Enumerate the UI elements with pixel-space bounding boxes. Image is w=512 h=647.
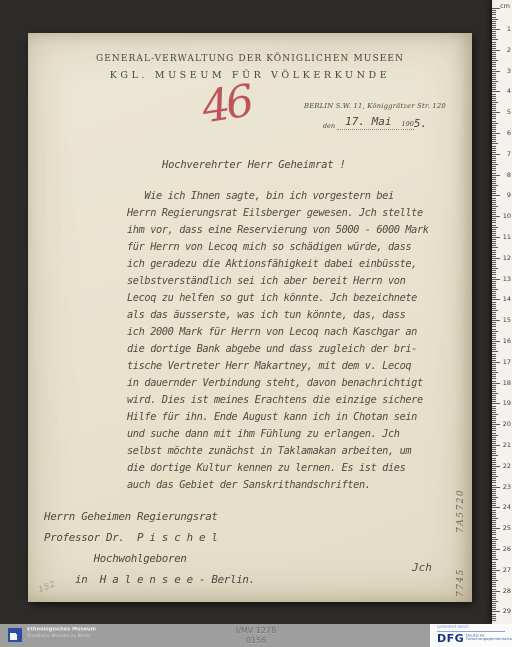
ruler-tick — [492, 289, 498, 290]
ruler-tick — [492, 534, 496, 535]
ruler-tick — [492, 139, 496, 140]
ruler-tick — [492, 326, 496, 327]
ruler-tick — [492, 570, 500, 571]
ruler-number: 20 — [503, 421, 511, 427]
ruler-tick — [492, 426, 496, 427]
ruler-tick — [492, 360, 496, 361]
ruler-tick — [492, 37, 496, 38]
ruler-tick — [492, 349, 496, 350]
ruler-tick — [492, 389, 496, 390]
text-line: als das äusserste, was ich tun könnte, d… — [127, 307, 467, 324]
ruler-tick — [492, 222, 496, 223]
ruler-tick — [492, 451, 496, 452]
ruler-tick — [492, 582, 496, 583]
ruler-tick — [492, 129, 496, 130]
ruler-tick — [492, 545, 496, 546]
ruler-tick — [492, 580, 498, 581]
ruler-tick — [492, 187, 496, 188]
ruler-tick — [492, 60, 498, 61]
ruler-tick — [492, 487, 500, 488]
ruler-tick — [492, 507, 500, 508]
ruler-tick — [492, 385, 496, 386]
ruler-tick — [492, 191, 496, 192]
ruler-number: 16 — [503, 338, 511, 344]
ruler-tick — [492, 443, 496, 444]
ruler-tick — [492, 520, 496, 521]
ruler-tick — [492, 48, 496, 49]
ruler-tick — [492, 374, 496, 375]
date-year-suffix: 5. — [414, 117, 427, 130]
ruler-tick — [492, 206, 498, 207]
ruler-tick — [492, 252, 496, 253]
ruler-tick — [492, 480, 496, 481]
ruler-tick — [492, 233, 496, 234]
ruler-tick — [492, 420, 496, 421]
text-line: tische Vertreter Herr Makartney, mit dem… — [127, 358, 467, 375]
ruler-tick — [492, 358, 496, 359]
ruler-number: 29 — [503, 608, 511, 614]
ruler-tick — [492, 50, 500, 51]
ruler-tick — [492, 412, 496, 413]
ruler-tick — [492, 460, 496, 461]
ruler-number: 8 — [507, 172, 511, 178]
ruler-tick — [492, 449, 496, 450]
text-line: ich geradezu die Aktionsfähigkeit dabei … — [127, 256, 467, 273]
ruler-tick — [492, 576, 496, 577]
ruler-tick — [492, 566, 496, 567]
ruler-tick — [492, 225, 496, 226]
ruler-tick — [492, 146, 496, 147]
ruler-tick — [492, 131, 496, 132]
ruler-tick — [492, 62, 496, 63]
ruler-tick — [492, 29, 500, 30]
ruler-tick — [492, 52, 496, 53]
ruler-tick — [492, 422, 496, 423]
ruler-tick — [492, 212, 496, 213]
ruler-tick — [492, 281, 496, 282]
ruler-number: 26 — [503, 546, 511, 552]
ruler-tick — [492, 489, 496, 490]
ruler-tick — [492, 351, 498, 352]
ruler-tick — [492, 56, 496, 57]
ruler-tick — [492, 322, 496, 323]
ruler-tick — [492, 333, 496, 334]
ruler-tick — [492, 408, 496, 409]
ruler-tick — [492, 310, 498, 311]
ruler-tick — [492, 476, 498, 477]
ruler-tick — [492, 403, 500, 404]
ruler-tick — [492, 216, 500, 217]
ruler-tick — [492, 179, 496, 180]
ruler-number: 17 — [503, 359, 511, 365]
ruler-tick — [492, 141, 496, 142]
ruler-tick — [492, 597, 496, 598]
ruler-tick — [492, 551, 496, 552]
letterhead-line1: GENERAL-VERWALTUNG DER KÖNIGLICHEN MUSEE… — [28, 54, 472, 64]
ruler-tick — [492, 314, 496, 315]
ruler-tick — [492, 306, 496, 307]
footer-bar: Ethnologisches Museum Staatliche Museen … — [0, 624, 512, 647]
text-line: Wie ich Ihnen sagte, bin ich vorgestern … — [127, 188, 467, 205]
ruler-tick — [492, 245, 496, 246]
ruler-tick — [492, 574, 496, 575]
ruler-tick — [492, 599, 496, 600]
ruler-number: 27 — [503, 567, 511, 573]
ruler-tick — [492, 102, 498, 103]
ruler-tick — [492, 125, 496, 126]
ruler-tick — [492, 518, 498, 519]
text-line: ihm vor, dass eine Reservierung von 5000… — [127, 222, 467, 239]
ruler-tick — [492, 584, 496, 585]
ruler-tick — [492, 283, 496, 284]
ruler-tick — [492, 611, 500, 612]
ruler-tick — [492, 264, 496, 265]
ruler-tick — [492, 304, 496, 305]
ruler-tick — [492, 106, 496, 107]
ruler-tick — [492, 33, 496, 34]
ruler-tick — [492, 603, 496, 604]
ruler-tick — [492, 58, 496, 59]
ruler-tick — [492, 160, 496, 161]
ruler-number: 6 — [507, 130, 511, 136]
text-line: in dauernder Verbindung steht, davon ben… — [127, 375, 467, 392]
ruler-tick — [492, 495, 496, 496]
ruler-tick — [492, 458, 496, 459]
ruler-tick — [492, 81, 498, 82]
ruler-number: 23 — [503, 484, 511, 490]
ruler-tick — [492, 441, 496, 442]
ruler-tick — [492, 195, 500, 196]
ruler-tick — [492, 268, 498, 269]
ruler-tick — [492, 121, 496, 122]
ruler-tick — [492, 158, 496, 159]
text-line: Herrn Regierungsrat Eilsberger gewesen. … — [127, 205, 467, 222]
ruler-tick — [492, 89, 496, 90]
ruler-tick — [492, 478, 496, 479]
ruler-tick — [492, 387, 496, 388]
ruler-tick — [492, 493, 496, 494]
ruler-tick — [492, 208, 496, 209]
ruler-tick — [492, 391, 496, 392]
ruler-number: 9 — [507, 192, 511, 198]
ruler-tick — [492, 601, 498, 602]
ruler-tick — [492, 368, 496, 369]
ruler-tick — [492, 503, 496, 504]
dfg-funded-by-label: Gefördert durch — [437, 625, 469, 630]
ruler-tick — [492, 79, 496, 80]
ruler-tick — [492, 464, 496, 465]
ruler-tick — [492, 299, 500, 300]
ruler-tick — [492, 329, 496, 330]
ruler-tick — [492, 295, 496, 296]
ruler-tick — [492, 472, 496, 473]
ruler-tick — [492, 526, 496, 527]
ruler-tick — [492, 277, 496, 278]
ruler-tick — [492, 166, 496, 167]
ruler-tick — [492, 66, 496, 67]
ruler-tick — [492, 354, 496, 355]
ruler-tick — [492, 578, 496, 579]
ruler-tick — [492, 510, 496, 511]
ruler-tick — [492, 181, 496, 182]
ruler-tick — [492, 537, 496, 538]
ruler-tick — [492, 589, 496, 590]
ruler-tick — [492, 227, 498, 228]
date-year-printed: 190 — [401, 120, 413, 130]
red-folio-number: 46 — [198, 76, 253, 134]
ruler-tick — [492, 231, 496, 232]
ruler-tick — [492, 339, 496, 340]
ruler-tick — [492, 87, 496, 88]
ruler-tick — [492, 455, 498, 456]
ruler-tick — [492, 516, 496, 517]
ruler-tick — [492, 46, 496, 47]
letter-page: GENERAL-VERWALTUNG DER KÖNIGLICHEN MUSEE… — [28, 33, 472, 602]
ruler-tick — [492, 607, 496, 608]
ruler-number: 10 — [503, 213, 511, 219]
ruler-tick — [492, 118, 496, 119]
ruler-tick — [492, 620, 496, 621]
ruler-tick — [492, 424, 500, 425]
ruler-tick — [492, 116, 496, 117]
ruler-tick — [492, 218, 496, 219]
text-line: Herrn Geheimen Regierungsrat — [44, 506, 255, 527]
ruler-tick — [492, 591, 500, 592]
ruler-tick — [492, 14, 496, 15]
ruler-tick — [492, 430, 496, 431]
ruler-tick — [492, 437, 496, 438]
ruler-tick — [492, 64, 496, 65]
ruler-tick — [492, 343, 496, 344]
ruler-tick — [492, 77, 496, 78]
ruler-tick — [492, 254, 496, 255]
ruler-tick — [492, 345, 496, 346]
ruler-tick — [492, 220, 496, 221]
ruler-tick — [492, 337, 496, 338]
ruler-number: 19 — [503, 400, 511, 406]
ruler-tick — [492, 17, 496, 18]
ruler-tick — [492, 559, 498, 560]
ruler-tick — [492, 287, 496, 288]
ruler-tick — [492, 416, 496, 417]
ruler-tick — [492, 470, 496, 471]
ruler-tick — [492, 312, 496, 313]
ruler-tick — [492, 27, 496, 28]
ruler-tick — [492, 10, 496, 11]
ruler-tick — [492, 202, 496, 203]
ruler-number: 24 — [503, 504, 511, 510]
ruler-tick — [492, 512, 496, 513]
text-line: die dortige Bank abgebe und dass zugleic… — [127, 341, 467, 358]
cm-ruler: cm 1234567891011121314151617181920212223… — [492, 0, 512, 624]
recipient-block: Herrn Geheimen RegierungsratProfessor Dr… — [44, 506, 255, 590]
text-line: ich 2000 Mark für Herrn von Lecoq nach K… — [127, 324, 467, 341]
ruler-tick — [492, 378, 496, 379]
ruler-tick — [492, 331, 498, 332]
ruler-tick — [492, 428, 496, 429]
ruler-tick — [492, 123, 498, 124]
ruler-tick — [492, 177, 496, 178]
ruler-number: 7 — [507, 151, 511, 157]
ruler-tick — [492, 262, 496, 263]
ruler-number: 11 — [503, 234, 511, 240]
ruler-tick — [492, 83, 496, 84]
text-line: in H a l e n s e e - Berlin. — [44, 569, 255, 590]
ruler-tick — [492, 168, 496, 169]
text-line: die dortige Kultur kennen zu lernen. Es … — [127, 460, 467, 477]
ruler-tick — [492, 433, 496, 434]
ruler-tick — [492, 397, 496, 398]
ruler-tick — [492, 114, 496, 115]
ruler-tick — [492, 462, 496, 463]
ruler-tick — [492, 318, 496, 319]
ruler-tick — [492, 200, 496, 201]
ruler-tick — [492, 247, 498, 248]
ruler-number: 15 — [503, 317, 511, 323]
ruler-tick — [492, 466, 500, 467]
ruler-number: 4 — [507, 88, 511, 94]
ruler-number: 13 — [503, 276, 511, 282]
date-prefix: den — [323, 122, 335, 130]
vertical-shelfmark-lower: 7745 — [456, 557, 466, 597]
ruler-tick — [492, 137, 496, 138]
dfg-logo-card: Gefördert durch DFG Deutsche Forschungsg… — [430, 624, 512, 647]
text-line: Lecoq zu helfen so gut ich könnte. Jch b… — [127, 290, 467, 307]
ruler-tick — [492, 241, 496, 242]
ruler-tick — [492, 133, 500, 134]
ruler-tick — [492, 210, 496, 211]
ruler-tick — [492, 94, 496, 95]
text-line: wird. Dies ist meines Erachtens die einz… — [127, 392, 467, 409]
ruler-tick — [492, 164, 498, 165]
ruler-tick — [492, 616, 496, 617]
ruler-tick — [492, 347, 496, 348]
ruler-tick — [492, 69, 496, 70]
ruler-tick — [492, 25, 496, 26]
ruler-tick — [492, 148, 496, 149]
text-line: selbstverständlich sei ich aber bereit H… — [127, 273, 467, 290]
ruler-tick — [492, 266, 496, 267]
ruler-tick — [492, 593, 496, 594]
vertical-shelfmark-upper: 7A5720 — [456, 471, 466, 533]
ruler-tick — [492, 198, 496, 199]
ruler-tick — [492, 586, 496, 587]
ruler-tick — [492, 376, 496, 377]
letterhead-line2: KGL. MUSEUM FÜR VÖLKERKUNDE — [28, 70, 472, 81]
ruler-tick — [492, 274, 496, 275]
ruler-number: 18 — [503, 380, 511, 386]
ruler-tick — [492, 557, 496, 558]
ruler-tick — [492, 183, 496, 184]
ruler-tick — [492, 555, 496, 556]
ruler-tick — [492, 96, 496, 97]
date-line: den 17. Mai 190 5. — [300, 115, 450, 130]
text-line: für Herrn von Lecoq mich so schädigen wü… — [127, 239, 467, 256]
ruler-tick — [492, 91, 500, 92]
ruler-tick — [492, 364, 496, 365]
ruler-number: 3 — [507, 68, 511, 74]
ruler-tick — [492, 250, 496, 251]
ruler-tick — [492, 485, 496, 486]
ruler-tick — [492, 609, 496, 610]
ruler-tick — [492, 12, 496, 13]
ruler-tick — [492, 605, 496, 606]
ruler-tick — [492, 393, 498, 394]
ruler-tick — [492, 399, 496, 400]
ruler-tick — [492, 143, 498, 144]
text-line: selbst möchte zunächst in Taklamakan arb… — [127, 443, 467, 460]
ruler-tick — [492, 189, 496, 190]
ruler-tick — [492, 239, 496, 240]
ruler-tick — [492, 439, 496, 440]
ruler-tick — [492, 435, 498, 436]
ruler-tick — [492, 366, 496, 367]
ruler-tick — [492, 356, 496, 357]
ruler-tick — [492, 39, 498, 40]
ruler-tick — [492, 543, 496, 544]
dfg-name: Deutsche Forschungsgemeinschaft — [466, 634, 512, 642]
date-value: 17. Mai — [337, 115, 399, 130]
ruler-tick — [492, 447, 496, 448]
ruler-tick — [492, 293, 496, 294]
ruler-tick — [492, 401, 496, 402]
ruler-tick — [492, 260, 496, 261]
ruler-tick — [492, 553, 496, 554]
ruler-tick — [492, 85, 496, 86]
ruler-tick — [492, 530, 496, 531]
ruler-tick — [492, 549, 500, 550]
ruler-tick — [492, 383, 500, 384]
ruler-tick — [492, 19, 498, 20]
ruler-unit-label: cm — [500, 2, 510, 10]
ruler-tick — [492, 175, 500, 176]
ruler-tick — [492, 482, 496, 483]
ruler-tick — [492, 541, 496, 542]
ruler-tick — [492, 270, 496, 271]
ruler-number: 21 — [503, 442, 511, 448]
ruler-tick — [492, 44, 496, 45]
ruler-tick — [492, 256, 496, 257]
letterhead-address: BERLIN S.W. 11, Königgrätzer Str. 120 — [300, 102, 450, 110]
ruler-tick — [492, 618, 496, 619]
text-line: auch das Gebiet der Sanskrithandschrifte… — [127, 477, 467, 494]
ruler-tick — [492, 152, 496, 153]
ruler-tick — [492, 497, 498, 498]
ruler-tick — [492, 499, 496, 500]
ruler-number: 22 — [503, 463, 511, 469]
ruler-tick — [492, 522, 496, 523]
ruler-tick — [492, 410, 496, 411]
ruler-tick — [492, 341, 500, 342]
ruler-tick — [492, 54, 496, 55]
ruler-tick — [492, 514, 496, 515]
ruler-tick — [492, 445, 500, 446]
ruler-tick — [492, 316, 496, 317]
ruler-tick — [492, 279, 500, 280]
ruler-tick — [492, 474, 496, 475]
ruler-tick — [492, 614, 496, 615]
ruler-tick — [492, 204, 496, 205]
ruler-tick — [492, 104, 496, 105]
ruler-tick — [492, 547, 496, 548]
ruler-tick — [492, 468, 496, 469]
ruler-tick — [492, 539, 498, 540]
ruler-number: 12 — [503, 255, 511, 261]
ruler-tick — [492, 491, 496, 492]
ruler-tick — [492, 21, 496, 22]
ruler-number: 2 — [507, 47, 511, 53]
ruler-tick — [492, 572, 496, 573]
